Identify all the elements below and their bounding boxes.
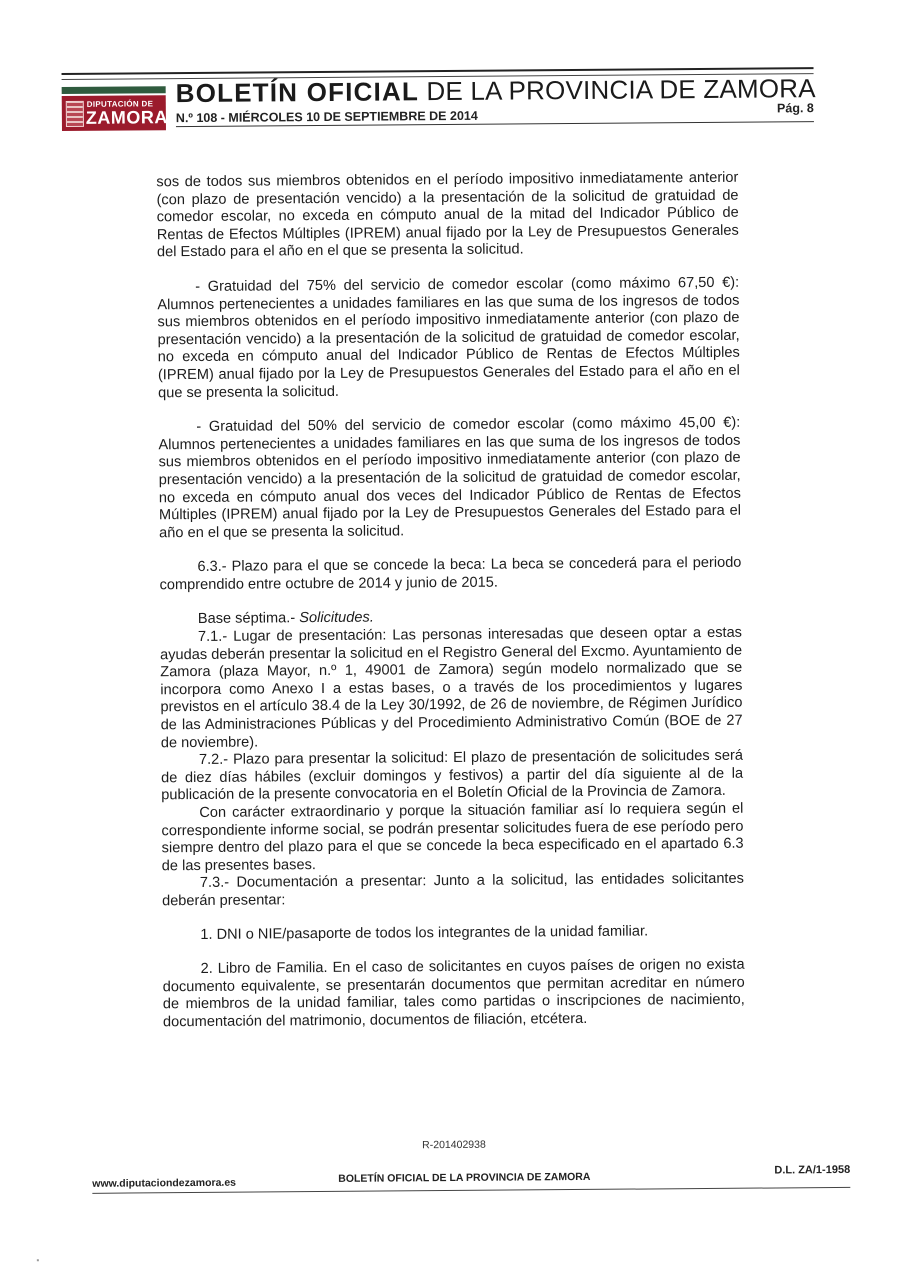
paragraph-gratuity-50: - Gratuidad del 50% del servicio de come… <box>158 415 741 543</box>
publication-title-bold: BOLETÍN OFICIAL <box>176 76 420 108</box>
diputacion-logo: DIPUTACIÓN DE ZAMORA <box>62 86 166 131</box>
logo-red-band: DIPUTACIÓN DE ZAMORA <box>62 95 166 131</box>
paragraph-7-2: 7.2.- Plazo para presentar la solicitud:… <box>161 748 743 805</box>
page-number: Pág. 8 <box>777 101 814 115</box>
list-item-2: 2. Libro de Familia. En el caso de solic… <box>163 957 746 1032</box>
paragraph-extraordinary: Con carácter extraordinario y porque la … <box>161 801 744 876</box>
document-body: sos de todos sus miembros obtenidos en e… <box>156 170 745 1032</box>
paragraph-continuation: sos de todos sus miembros obtenidos en e… <box>156 170 739 263</box>
publication-title-rest: DE LA PROVINCIA DE ZAMORA <box>419 73 816 106</box>
logo-green-band <box>62 86 166 94</box>
reference-number: R-201402938 <box>4 1135 900 1154</box>
footer-title: BOLETÍN OFICIAL DE LA PROVINCIA DE ZAMOR… <box>338 1171 590 1185</box>
footer-legal-deposit: D.L. ZA/1-1958 <box>774 1164 850 1177</box>
paragraph-gratuity-75: - Gratuidad del 75% del servicio de come… <box>157 275 740 403</box>
paragraph-7-1: 7.1.- Lugar de presentación: Las persona… <box>160 625 743 753</box>
logo-text-line2: ZAMORA <box>86 107 168 129</box>
base-title: Solicitudes. <box>299 610 374 627</box>
publication-title: BOLETÍN OFICIAL DE LA PROVINCIA DE ZAMOR… <box>176 73 816 109</box>
footer-website-link[interactable]: www.diputaciondezamora.es <box>92 1177 236 1190</box>
paragraph-6-3: 6.3.- Plazo para el que se concede la be… <box>159 555 741 595</box>
scan-speck <box>37 1259 39 1261</box>
bulletin-page: DIPUTACIÓN DE ZAMORA BOLETÍN OFICIAL DE … <box>0 0 900 1281</box>
coat-of-arms-icon <box>66 101 84 127</box>
paragraph-7-3: 7.3.- Documentación a presentar: Junto a… <box>162 871 744 911</box>
base-label: Base séptima.- <box>198 611 300 628</box>
page-footer: www.diputaciondezamora.es BOLETÍN OFICIA… <box>92 1169 850 1194</box>
issue-info: N.º 108 - MIÉRCOLES 10 DE SEPTIEMBRE DE … <box>176 109 478 125</box>
